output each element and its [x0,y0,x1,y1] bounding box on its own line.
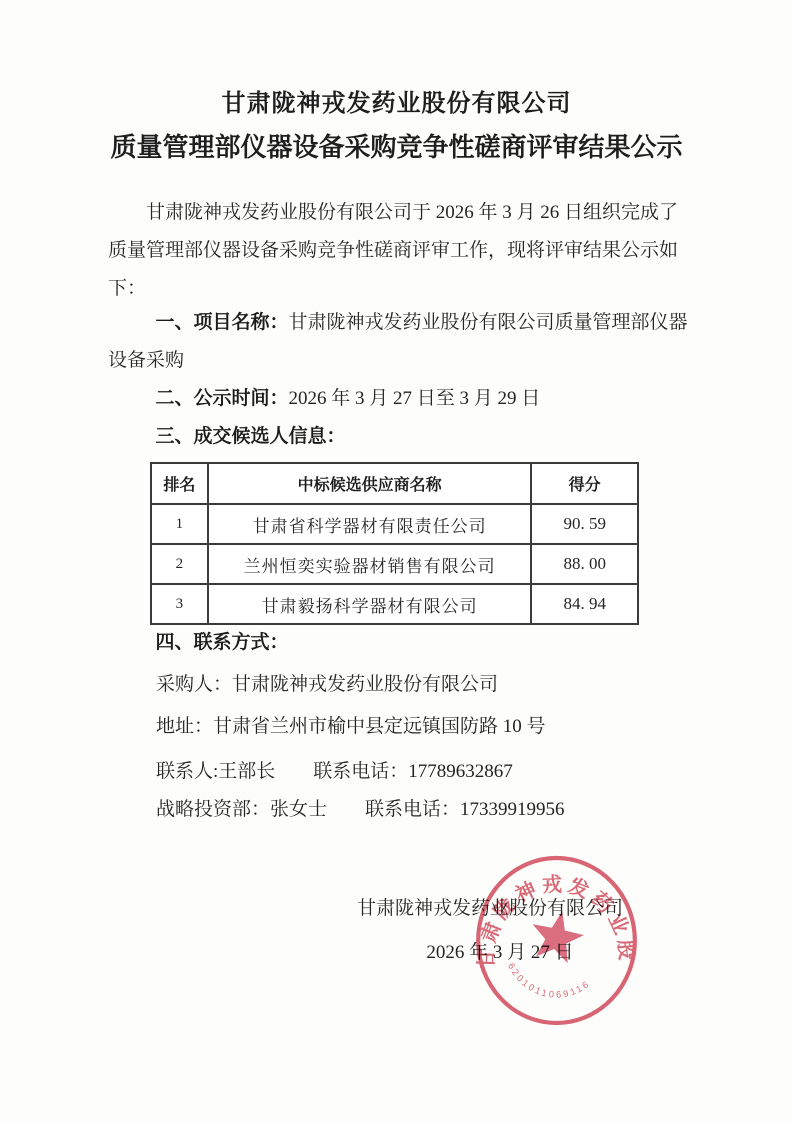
header-score: 得分 [531,463,638,504]
intro-line-1: 甘肃陇神戎发药业股份有限公司于 2026 年 3 月 26 日组织完成了 [108,194,690,232]
section-candidates-heading: 三、成交候选人信息： [108,418,690,456]
supplier-cell: 甘肃省科学器材有限责任公司 [208,504,532,544]
section-project-name-label: 一、项目名称： [156,312,289,333]
intro-line-3: 下： [108,270,690,308]
supplier-cell: 甘肃毅扬科学器材有限公司 [208,584,532,624]
header-rank: 排名 [151,463,208,504]
section-project-name-text: 甘肃陇神戎发药业股份有限公司质量管理部仪器 [289,312,688,333]
contact-purchaser: 采购人：甘肃陇神戎发药业股份有限公司 [156,666,716,704]
table-row: 1 甘肃省科学器材有限责任公司 90. 59 [151,504,638,544]
contact-person: 联系人:王部长 联系电话：17789632867 [156,753,716,791]
doc-title-line1: 甘肃陇神戎发药业股份有限公司 [0,88,793,120]
signature-company: 甘肃陇神戎发药业股份有限公司 [340,891,640,927]
document-page: 甘肃陇神戎发药业股份有限公司 质量管理部仪器设备采购竞争性磋商评审结果公示 甘肃… [0,0,793,1122]
intro-line-2: 质量管理部仪器设备采购竞争性磋商评审工作，现将评审结果公示如 [108,232,690,270]
table-row: 2 兰州恒奕实验器材销售有限公司 88. 00 [151,544,638,584]
section-publicity-period: 二、公示时间：2026 年 3 月 27 日至 3 月 29 日 [108,380,690,418]
contact-address: 地址：甘肃省兰州市榆中县定远镇国防路 10 号 [156,708,716,746]
rank-cell: 2 [151,544,208,584]
section-project-name: 一、项目名称：甘肃陇神戎发药业股份有限公司质量管理部仪器 [108,304,690,342]
section-publicity-period-label: 二、公示时间： [156,388,289,409]
rank-cell: 3 [151,584,208,624]
section-project-name-wrap: 设备采购 [108,342,690,380]
header-supplier: 中标候选供应商名称 [208,463,532,504]
section-contact-label: 四、联系方式： [156,632,289,653]
section-candidates-label: 三、成交候选人信息： [156,426,346,447]
candidates-table: 排名 中标候选供应商名称 得分 1 甘肃省科学器材有限责任公司 90. 59 2… [150,462,639,625]
score-cell: 88. 00 [531,544,638,584]
rank-cell: 1 [151,504,208,544]
section-contact-heading: 四、联系方式： [108,624,690,662]
section-publicity-period-text: 2026 年 3 月 27 日至 3 月 29 日 [289,388,541,409]
score-cell: 84. 94 [531,584,638,624]
sections-block: 一、项目名称：甘肃陇神戎发药业股份有限公司质量管理部仪器 设备采购 二、公示时间… [108,304,690,456]
doc-title-line2: 质量管理部仪器设备采购竞争性磋商评审结果公示 [0,131,793,165]
contact-strategy-dept: 战略投资部：张女士 联系电话：17339919956 [156,791,716,829]
intro-paragraph: 甘肃陇神戎发药业股份有限公司于 2026 年 3 月 26 日组织完成了 质量管… [108,194,690,308]
signature-date: 2026 年 3 月 27 日 [345,935,655,971]
table-row: 3 甘肃毅扬科学器材有限公司 84. 94 [151,584,638,624]
table-header-row: 排名 中标候选供应商名称 得分 [151,463,638,504]
score-cell: 90. 59 [531,504,638,544]
supplier-cell: 兰州恒奕实验器材销售有限公司 [208,544,532,584]
